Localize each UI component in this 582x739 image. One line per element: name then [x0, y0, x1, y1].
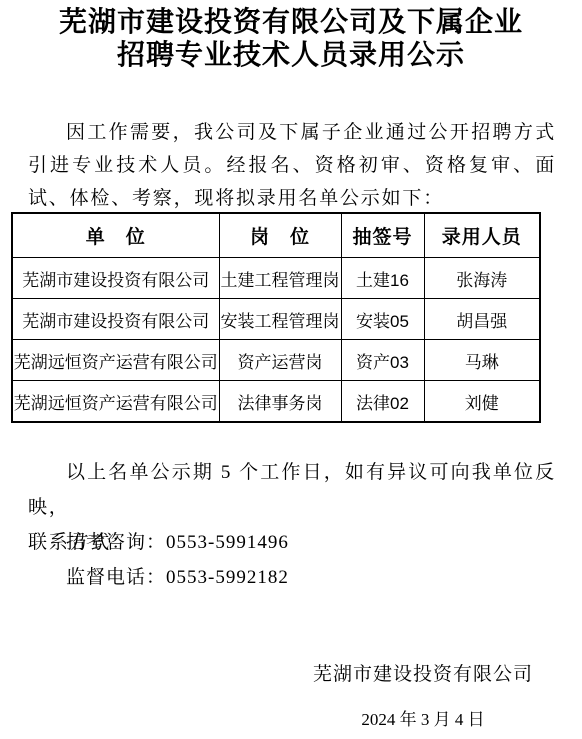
cell-hired-person: 刘健 — [424, 381, 540, 423]
table-row: 芜湖市建设投资有限公司 土建工程管理岗 土建16 张海涛 — [12, 258, 540, 299]
cell-hired-person: 张海涛 — [424, 258, 540, 299]
cell-position: 安装工程管理岗 — [219, 299, 341, 340]
signature-block: 芜湖市建设投资有限公司 2024 年 3 月 4 日 — [313, 663, 533, 730]
table-row: 芜湖远恒资产运营有限公司 资产运营岗 资产03 马琳 — [12, 340, 540, 381]
closing-line1: 以上名单公示期 5 个工作日，如有异议可向我单位反映， — [28, 455, 556, 525]
table-header-row: 单 位 岗 位 抽签号 录用人员 — [12, 213, 540, 258]
document-title-line2: 招聘专业技术人员录用公示 — [0, 39, 582, 72]
header-hired-person: 录用人员 — [424, 213, 540, 258]
cell-hired-person: 马琳 — [424, 340, 540, 381]
announcement-page: 芜湖市建设投资有限公司及下属企业 招聘专业技术人员录用公示 因工作需要，我公司及… — [0, 0, 582, 739]
signature-date: 2024 年 3 月 4 日 — [313, 705, 533, 730]
cell-unit: 芜湖远恒资产运营有限公司 — [12, 340, 219, 381]
contact-line-supervision-phone: 监督电话：0553-5992182 — [66, 560, 289, 595]
cell-position: 法律事务岗 — [219, 381, 341, 423]
cell-lottery-number: 法律02 — [341, 381, 424, 423]
signature-company: 芜湖市建设投资有限公司 — [313, 663, 533, 687]
cell-position: 资产运营岗 — [219, 340, 341, 381]
header-lottery-number: 抽签号 — [341, 213, 424, 258]
document-title: 芜湖市建设投资有限公司及下属企业 招聘专业技术人员录用公示 — [0, 6, 582, 72]
document-title-line1: 芜湖市建设投资有限公司及下属企业 — [0, 6, 582, 39]
cell-unit: 芜湖市建设投资有限公司 — [12, 258, 219, 299]
contact-info: 招考咨询：0553-5991496 监督电话：0553-5992182 — [66, 525, 289, 595]
cell-lottery-number: 安装05 — [341, 299, 424, 340]
cell-hired-person: 胡昌强 — [424, 299, 540, 340]
cell-lottery-number: 土建16 — [341, 258, 424, 299]
cell-lottery-number: 资产03 — [341, 340, 424, 381]
header-unit: 单 位 — [12, 213, 219, 258]
cell-unit: 芜湖市建设投资有限公司 — [12, 299, 219, 340]
intro-paragraph: 因工作需要，我公司及下属子企业通过公开招聘方式引进专业技术人员。经报名、资格初审… — [28, 116, 556, 215]
table-row: 芜湖市建设投资有限公司 安装工程管理岗 安装05 胡昌强 — [12, 299, 540, 340]
table-row: 芜湖远恒资产运营有限公司 法律事务岗 法律02 刘健 — [12, 381, 540, 423]
recruitment-result-table: 单 位 岗 位 抽签号 录用人员 芜湖市建设投资有限公司 土建工程管理岗 土建1… — [11, 212, 541, 423]
cell-unit: 芜湖远恒资产运营有限公司 — [12, 381, 219, 423]
contact-line-recruitment-phone: 招考咨询：0553-5991496 — [66, 525, 289, 560]
cell-position: 土建工程管理岗 — [219, 258, 341, 299]
header-position: 岗 位 — [219, 213, 341, 258]
